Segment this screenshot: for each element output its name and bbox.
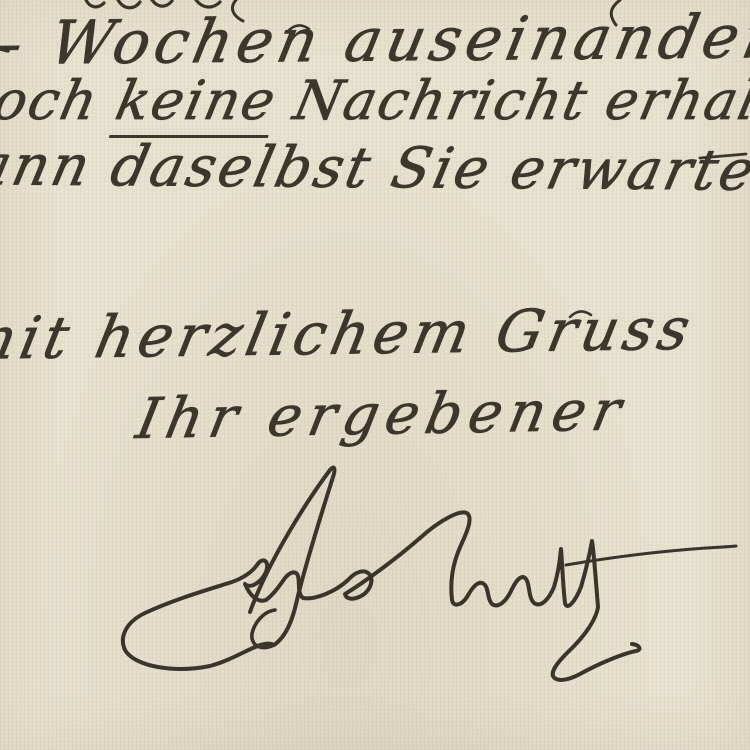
handwriting-line-wochen: – Wochen auseinandergehn: [0, 6, 750, 74]
underlined-word-keine: keine: [109, 69, 282, 138]
line2-prefix: noch: [0, 69, 124, 132]
handwriting-line-erwarten: kann daselbst Sie erwarten: [0, 138, 750, 200]
closing-line-gruss: mit herzlichem Gruss: [0, 300, 700, 368]
handwriting-line-nachricht: noch keine Nachricht erhalte: [0, 74, 750, 128]
valediction-line-ergebener: Ihr ergebener: [132, 383, 632, 448]
line2-suffix: Nachricht erhalte: [269, 69, 750, 132]
letter-page: – Wochen auseinandergehn noch keine Nach…: [0, 0, 750, 750]
